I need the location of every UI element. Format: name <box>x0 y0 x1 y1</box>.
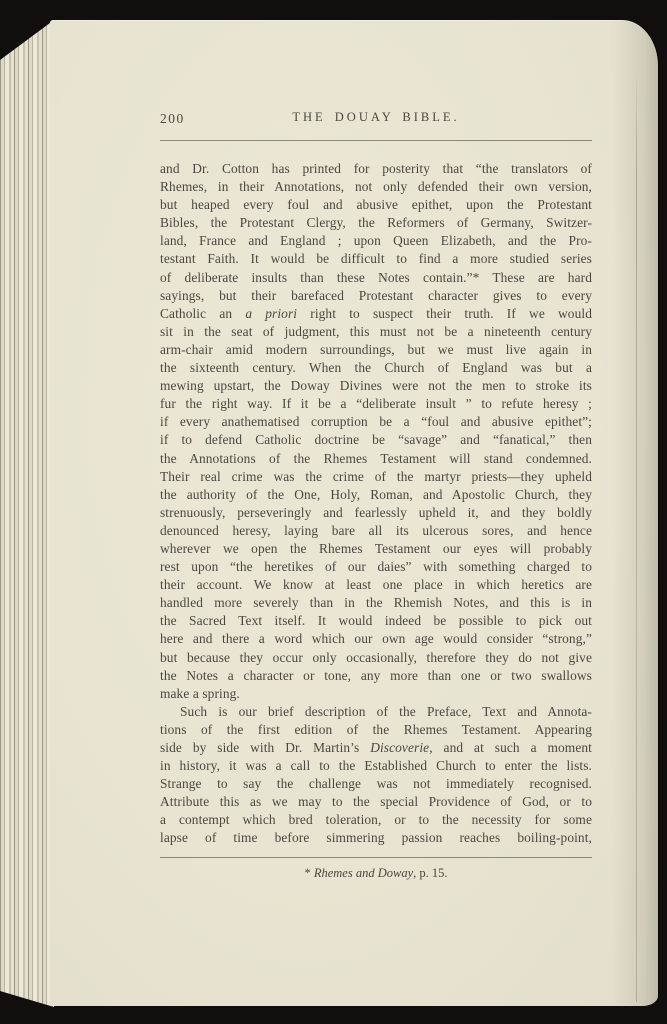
text-line: * Rhemes and Doway, p. 15. <box>160 866 592 884</box>
text-line: if every anathematised corruption be a “… <box>160 413 592 431</box>
italic-text-segment: Discoverie <box>370 740 429 755</box>
text-line: fur the right way. If it be a “deliberat… <box>160 395 592 413</box>
text-line: testant Faith. It would be difficult to … <box>160 250 592 268</box>
page-crease <box>636 66 637 1002</box>
text-segment: but because they occur only occasionally… <box>160 650 592 665</box>
text-segment: of deliberate insults than these Notes c… <box>160 270 592 285</box>
text-line: mewing upstart, the Doway Divines were n… <box>160 377 592 395</box>
text-line: the Annotations of the Rhemes Testament … <box>160 450 592 468</box>
text-line: the authority of the One, Holy, Roman, a… <box>160 486 592 504</box>
gutter-shadow <box>612 20 658 1006</box>
page-number: 200 <box>160 111 185 127</box>
text-segment: but heaped every foul and abusive epithe… <box>160 197 592 212</box>
text-line: arm-chair amid modern surroundings, but … <box>160 341 592 359</box>
text-segment: testant Faith. It would be difficult to … <box>160 251 592 266</box>
text-line: but because they occur only occasionally… <box>160 649 592 667</box>
text-line: land, France and England ; upon Queen El… <box>160 232 592 250</box>
text-segment: Their real crime was the crime of the ma… <box>160 469 592 484</box>
paragraph-2: Such is our brief description of the Pre… <box>160 703 592 848</box>
text-segment: Catholic an <box>160 306 245 321</box>
text-segment: , p. 15. <box>413 866 447 880</box>
text-segment: here and there a word which our own age … <box>160 631 592 646</box>
text-segment: the sixteenth century. When the Church o… <box>160 360 592 375</box>
text-segment: if to defend Catholic doctrine be “savag… <box>160 432 592 447</box>
text-segment: right to suspect their truth. If we woul… <box>297 306 592 321</box>
book-page: 200 THE DOUAY BIBLE. and Dr. Cotton has … <box>50 20 658 1006</box>
text-line: tions of the first edition of the Rhemes… <box>160 721 592 739</box>
text-segment: if every anathematised corruption be a “… <box>160 414 592 429</box>
running-header-title: THE DOUAY BIBLE. <box>160 110 592 125</box>
text-line: denounced heresy, laying bare all its ul… <box>160 522 592 540</box>
body-text: and Dr. Cotton has printed for posterity… <box>160 160 592 848</box>
text-line: and Dr. Cotton has printed for posterity… <box>160 160 592 178</box>
text-line: in history, it was a call to the Establi… <box>160 757 592 775</box>
text-line: Strange to say the challenge was not imm… <box>160 775 592 793</box>
text-segment: the Annotations of the Rhemes Testament … <box>160 451 592 466</box>
text-segment: Rhemes, in their Annotations, not only d… <box>160 179 592 194</box>
text-line: Their real crime was the crime of the ma… <box>160 468 592 486</box>
italic-text-segment: Rhemes and Doway <box>314 866 413 880</box>
text-line: but heaped every foul and abusive epithe… <box>160 196 592 214</box>
text-line: the Notes a character or tone, any more … <box>160 667 592 685</box>
text-line: their account. We know at least one plac… <box>160 576 592 594</box>
text-line: strenuously, perseveringly and fearlessl… <box>160 504 592 522</box>
text-segment: mewing upstart, the Doway Divines were n… <box>160 378 592 393</box>
photograph-of-book: { "document": { "page_number": "200", "r… <box>0 0 667 1024</box>
text-segment: and Dr. Cotton has printed for posterity… <box>160 161 592 176</box>
text-line: the Sacred Text itself. It would indeed … <box>160 612 592 630</box>
text-segment: a contempt which bred toleration, or to … <box>160 812 592 827</box>
text-segment: sayings, but their barefaced Protestant … <box>160 288 592 303</box>
text-segment: lapse of time before simmering passion r… <box>160 830 592 845</box>
text-segment: sit in the seat of judgment, this must n… <box>160 324 592 339</box>
text-line: wherever we open the Rhemes Testament ou… <box>160 540 592 558</box>
text-segment: the Notes a character or tone, any more … <box>160 668 592 683</box>
text-line: Catholic an a priori right to suspect th… <box>160 305 592 323</box>
text-line: the sixteenth century. When the Church o… <box>160 359 592 377</box>
text-segment: make a spring. <box>160 686 240 701</box>
text-segment: in history, it was a call to the Establi… <box>160 758 592 773</box>
text-segment: * <box>304 866 313 880</box>
text-segment: the authority of the One, Holy, Roman, a… <box>160 487 592 502</box>
text-line: sayings, but their barefaced Protestant … <box>160 287 592 305</box>
paragraph-1: and Dr. Cotton has printed for posterity… <box>160 160 592 703</box>
text-segment: Such is our brief description of the Pre… <box>180 704 592 719</box>
text-line: rest upon “the heretikes of our daies” w… <box>160 558 592 576</box>
text-segment: rest upon “the heretikes of our daies” w… <box>160 559 592 574</box>
text-line: a contempt which bred toleration, or to … <box>160 811 592 829</box>
text-segment: handled more severely than in the Rhemis… <box>160 595 592 610</box>
text-segment: strenuously, perseveringly and fearlessl… <box>160 505 592 520</box>
text-line: side by side with Dr. Martin’s Discoveri… <box>160 739 592 757</box>
footnote-rule <box>160 857 592 858</box>
text-segment: Attribute this as we may to the special … <box>160 794 592 809</box>
text-line: make a spring. <box>160 685 592 703</box>
text-segment: Strange to say the challenge was not imm… <box>160 776 592 791</box>
text-segment: land, France and England ; upon Queen El… <box>160 233 592 248</box>
page-content: 200 THE DOUAY BIBLE. and Dr. Cotton has … <box>160 110 592 884</box>
text-line: handled more severely than in the Rhemis… <box>160 594 592 612</box>
text-line: sit in the seat of judgment, this must n… <box>160 323 592 341</box>
text-segment: their account. We know at least one plac… <box>160 577 592 592</box>
footnote: * Rhemes and Doway, p. 15. <box>160 866 592 884</box>
book-page-edges <box>0 0 54 1024</box>
page-header: 200 THE DOUAY BIBLE. <box>160 110 592 128</box>
text-segment: fur the right way. If it be a “deliberat… <box>160 396 592 411</box>
text-line: Such is our brief description of the Pre… <box>160 703 592 721</box>
text-line: lapse of time before simmering passion r… <box>160 829 592 847</box>
text-line: if to defend Catholic doctrine be “savag… <box>160 431 592 449</box>
text-segment: the Sacred Text itself. It would indeed … <box>160 613 592 628</box>
text-segment: arm-chair amid modern surroundings, but … <box>160 342 592 357</box>
italic-text-segment: a priori <box>245 306 297 321</box>
text-segment: tions of the first edition of the Rhemes… <box>160 722 592 737</box>
text-line: Attribute this as we may to the special … <box>160 793 592 811</box>
text-segment: side by side with Dr. Martin’s <box>160 740 370 755</box>
text-segment: denounced heresy, laying bare all its ul… <box>160 523 592 538</box>
text-line: Rhemes, in their Annotations, not only d… <box>160 178 592 196</box>
text-segment: Bibles, the Protestant Clergy, the Refor… <box>160 215 592 230</box>
text-segment: wherever we open the Rhemes Testament ou… <box>160 541 592 556</box>
text-line: of deliberate insults than these Notes c… <box>160 269 592 287</box>
text-line: here and there a word which our own age … <box>160 630 592 648</box>
text-line: Bibles, the Protestant Clergy, the Refor… <box>160 214 592 232</box>
header-rule <box>160 140 592 141</box>
text-segment: , and at such a moment <box>429 740 592 755</box>
